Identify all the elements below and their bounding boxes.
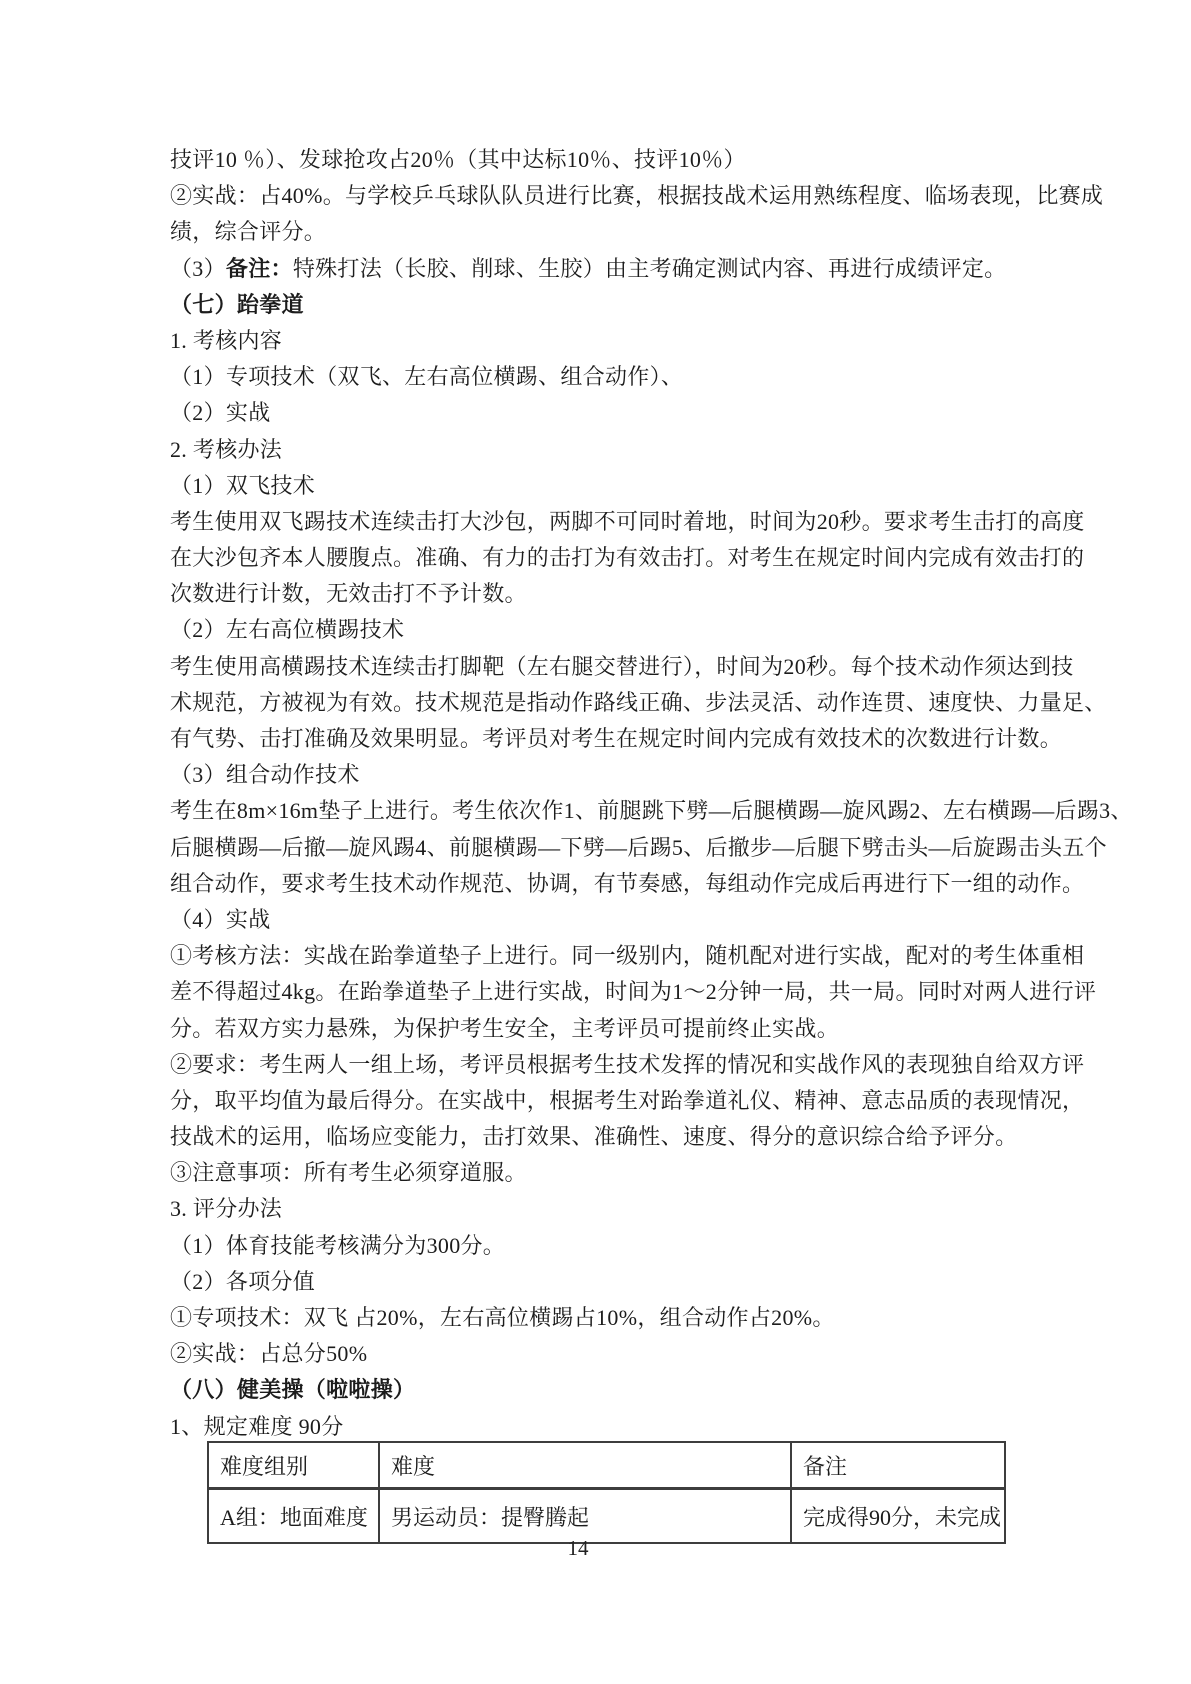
text-line: 技战术的运用，临场应变能力，击打效果、准确性、速度、得分的意识综合给予评分。 <box>170 1119 1042 1155</box>
text-line: （2）左右高位横踢技术 <box>170 612 1042 648</box>
text-run: （3） <box>170 256 226 281</box>
text-line: 技评10 ％）、发球抢攻占20％（其中达标10％、技评10％） <box>170 142 1042 178</box>
text-run: （3）组合动作技术 <box>170 762 360 787</box>
text-run: 有气势、击打准确及效果明显。考评员对考生在规定时间内完成有效技术的次数进行计数。 <box>170 726 1062 751</box>
text-run: （1）体育技能考核满分为300分。 <box>170 1233 505 1258</box>
text-line: 次数进行计数，无效击打不予计数。 <box>170 576 1042 612</box>
text-line: 后腿横踢—后撤—旋风踢4、前腿横踢—下劈—后踢5、后撤步—后腿下劈击头—后旋踢击… <box>170 830 1042 866</box>
text-run: 差不得超过4kg。在跆拳道垫子上进行实战，时间为1～2分钟一局，共一局。同时对两… <box>170 979 1096 1004</box>
text-line: 组合动作，要求考生技术动作规范、协调，有节奏感，每组动作完成后再进行下一组的动作… <box>170 866 1042 902</box>
text-line: 1、规定难度 90分 <box>170 1409 1042 1445</box>
table-header-cell: 备注 <box>791 1442 1005 1489</box>
text-line: （3）组合动作技术 <box>170 757 1042 793</box>
text-run: 后腿横踢—后撤—旋风踢4、前腿横踢—下劈—后踢5、后撤步—后腿下劈击头—后旋踢击… <box>170 835 1107 860</box>
text-run: ②实战：占40%。与学校乒乓球队队员进行比赛，根据技战术运用熟练程度、临场表现，… <box>170 183 1103 208</box>
text-line: ②实战：占总分50% <box>170 1336 1042 1372</box>
text-run: 技战术的运用，临场应变能力，击打效果、准确性、速度、得分的意识综合给予评分。 <box>170 1124 1017 1149</box>
table-row: A组：地面难度男运动员：提臀腾起完成得90分，未完成 <box>208 1489 1005 1544</box>
text-run: （4）实战 <box>170 907 271 932</box>
text-run: 特殊打法（长胶、削球、生胶）由主考确定测试内容、再进行成绩评定。 <box>293 256 1007 281</box>
text-run: 1、规定难度 90分 <box>170 1414 344 1439</box>
text-line: 考生使用高横踢技术连续击打脚靶（左右腿交替进行），时间为20秒。每个技术动作须达… <box>170 649 1042 685</box>
table-cell: 完成得90分，未完成 <box>791 1489 1005 1544</box>
text-line: 2. 考核办法 <box>170 432 1042 468</box>
bold-text-run: （八）健美操（啦啦操） <box>170 1377 415 1402</box>
text-line: 绩，综合评分。 <box>170 214 1042 250</box>
text-run: ③注意事项：所有考生必须穿道服。 <box>170 1160 527 1185</box>
text-run: 分。若双方实力悬殊，为保护考生安全，主考评员可提前终止实战。 <box>170 1016 839 1041</box>
text-run: 术规范，方被视为有效。技术规范是指动作路线正确、步法灵活、动作连贯、速度快、力量… <box>170 690 1107 715</box>
text-run: 考生在8m×16m垫子上进行。考生依次作1、前腿跳下劈—后腿横踢—旋风踢2、左右… <box>170 798 1133 823</box>
text-line: 差不得超过4kg。在跆拳道垫子上进行实战，时间为1～2分钟一局，共一局。同时对两… <box>170 974 1042 1010</box>
text-run: （2）左右高位横踢技术 <box>170 617 404 642</box>
text-run: 2. 考核办法 <box>170 437 282 462</box>
text-run: 在大沙包齐本人腰腹点。准确、有力的击打为有效击打。对考生在规定时间内完成有效击打… <box>170 545 1084 570</box>
text-run: 考生使用双飞踢技术连续击打大沙包，两脚不可同时着地，时间为20秒。要求考生击打的… <box>170 509 1085 534</box>
text-line: 术规范，方被视为有效。技术规范是指动作路线正确、步法灵活、动作连贯、速度快、力量… <box>170 685 1042 721</box>
text-line: （4）实战 <box>170 902 1042 938</box>
text-run: 组合动作，要求考生技术动作规范、协调，有节奏感，每组动作完成后再进行下一组的动作… <box>170 871 1084 896</box>
text-line: （2）各项分值 <box>170 1264 1042 1300</box>
bold-text-run: （七）跆拳道 <box>170 292 304 317</box>
text-line: ①专项技术：双飞 占20%，左右高位横踢占10%，组合动作占20%。 <box>170 1300 1042 1336</box>
text-run: 次数进行计数，无效击打不予计数。 <box>170 581 527 606</box>
text-run: ②实战：占总分50% <box>170 1341 367 1366</box>
table-header-cell: 难度组别 <box>208 1442 379 1489</box>
document-page: 技评10 ％）、发球抢攻占20％（其中达标10％、技评10％）②实战：占40%。… <box>0 0 1191 1684</box>
table-header-row: 难度组别难度备注 <box>208 1442 1005 1489</box>
text-run: （1）专项技术（双飞、左右高位横踢、组合动作）、 <box>170 364 683 389</box>
text-line: ②要求：考生两人一组上场，考评员根据考生技术发挥的情况和实战作风的表现独自给双方… <box>170 1047 1042 1083</box>
text-run: 1. 考核内容 <box>170 328 282 353</box>
text-line: ②实战：占40%。与学校乒乓球队队员进行比赛，根据技战术运用熟练程度、临场表现，… <box>170 178 1042 214</box>
text-run: 绩，综合评分。 <box>170 219 326 244</box>
text-line: 在大沙包齐本人腰腹点。准确、有力的击打为有效击打。对考生在规定时间内完成有效击打… <box>170 540 1042 576</box>
text-line: 3. 评分办法 <box>170 1191 1042 1227</box>
text-run: 3. 评分办法 <box>170 1196 282 1221</box>
section-heading: （七）跆拳道 <box>170 287 1042 323</box>
text-line: （2）实战 <box>170 395 1042 431</box>
text-line: 考生在8m×16m垫子上进行。考生依次作1、前腿跳下劈—后腿横踢—旋风踢2、左右… <box>170 793 1042 829</box>
page-number: 14 <box>0 1536 1156 1561</box>
document-body: 技评10 ％）、发球抢攻占20％（其中达标10％、技评10％）②实战：占40%。… <box>170 142 1042 1445</box>
text-line: 考生使用双飞踢技术连续击打大沙包，两脚不可同时着地，时间为20秒。要求考生击打的… <box>170 504 1042 540</box>
text-run: 技评10 ％）、发球抢攻占20％（其中达标10％、技评10％） <box>170 147 746 172</box>
text-line: （3）备注：特殊打法（长胶、削球、生胶）由主考确定测试内容、再进行成绩评定。 <box>170 251 1042 287</box>
text-run: （2）各项分值 <box>170 1269 315 1294</box>
text-line: ①考核方法：实战在跆拳道垫子上进行。同一级别内，随机配对进行实战，配对的考生体重… <box>170 938 1042 974</box>
difficulty-table-body: A组：地面难度男运动员：提臀腾起完成得90分，未完成 <box>208 1489 1005 1544</box>
text-line: 分。若双方实力悬殊，为保护考生安全，主考评员可提前终止实战。 <box>170 1011 1042 1047</box>
text-line: ③注意事项：所有考生必须穿道服。 <box>170 1155 1042 1191</box>
bold-text-run: 备注： <box>226 256 293 281</box>
text-run: ①专项技术：双飞 占20%，左右高位横踢占10%，组合动作占20%。 <box>170 1305 835 1330</box>
text-line: 分，取平均值为最后得分。在实战中，根据考生对跆拳道礼仪、精神、意志品质的表现情况… <box>170 1083 1042 1119</box>
table-cell: 男运动员：提臀腾起 <box>379 1489 791 1544</box>
text-line: （1）专项技术（双飞、左右高位横踢、组合动作）、 <box>170 359 1042 395</box>
section-heading: （八）健美操（啦啦操） <box>170 1372 1042 1408</box>
text-run: （2）实战 <box>170 400 271 425</box>
table-header-cell: 难度 <box>379 1442 791 1489</box>
table-cell: A组：地面难度 <box>208 1489 379 1544</box>
text-run: 考生使用高横踢技术连续击打脚靶（左右腿交替进行），时间为20秒。每个技术动作须达… <box>170 654 1074 679</box>
text-run: ②要求：考生两人一组上场，考评员根据考生技术发挥的情况和实战作风的表现独自给双方… <box>170 1052 1084 1077</box>
text-line: 1. 考核内容 <box>170 323 1042 359</box>
text-run: ①考核方法：实战在跆拳道垫子上进行。同一级别内，随机配对进行实战，配对的考生体重… <box>170 943 1084 968</box>
text-run: 分，取平均值为最后得分。在实战中，根据考生对跆拳道礼仪、精神、意志品质的表现情况… <box>170 1088 1084 1113</box>
difficulty-table: 难度组别难度备注 A组：地面难度男运动员：提臀腾起完成得90分，未完成 <box>207 1441 1006 1544</box>
text-line: （1）双飞技术 <box>170 468 1042 504</box>
text-line: （1）体育技能考核满分为300分。 <box>170 1228 1042 1264</box>
difficulty-table-header: 难度组别难度备注 <box>208 1442 1005 1489</box>
text-line: 有气势、击打准确及效果明显。考评员对考生在规定时间内完成有效技术的次数进行计数。 <box>170 721 1042 757</box>
text-run: （1）双飞技术 <box>170 473 315 498</box>
